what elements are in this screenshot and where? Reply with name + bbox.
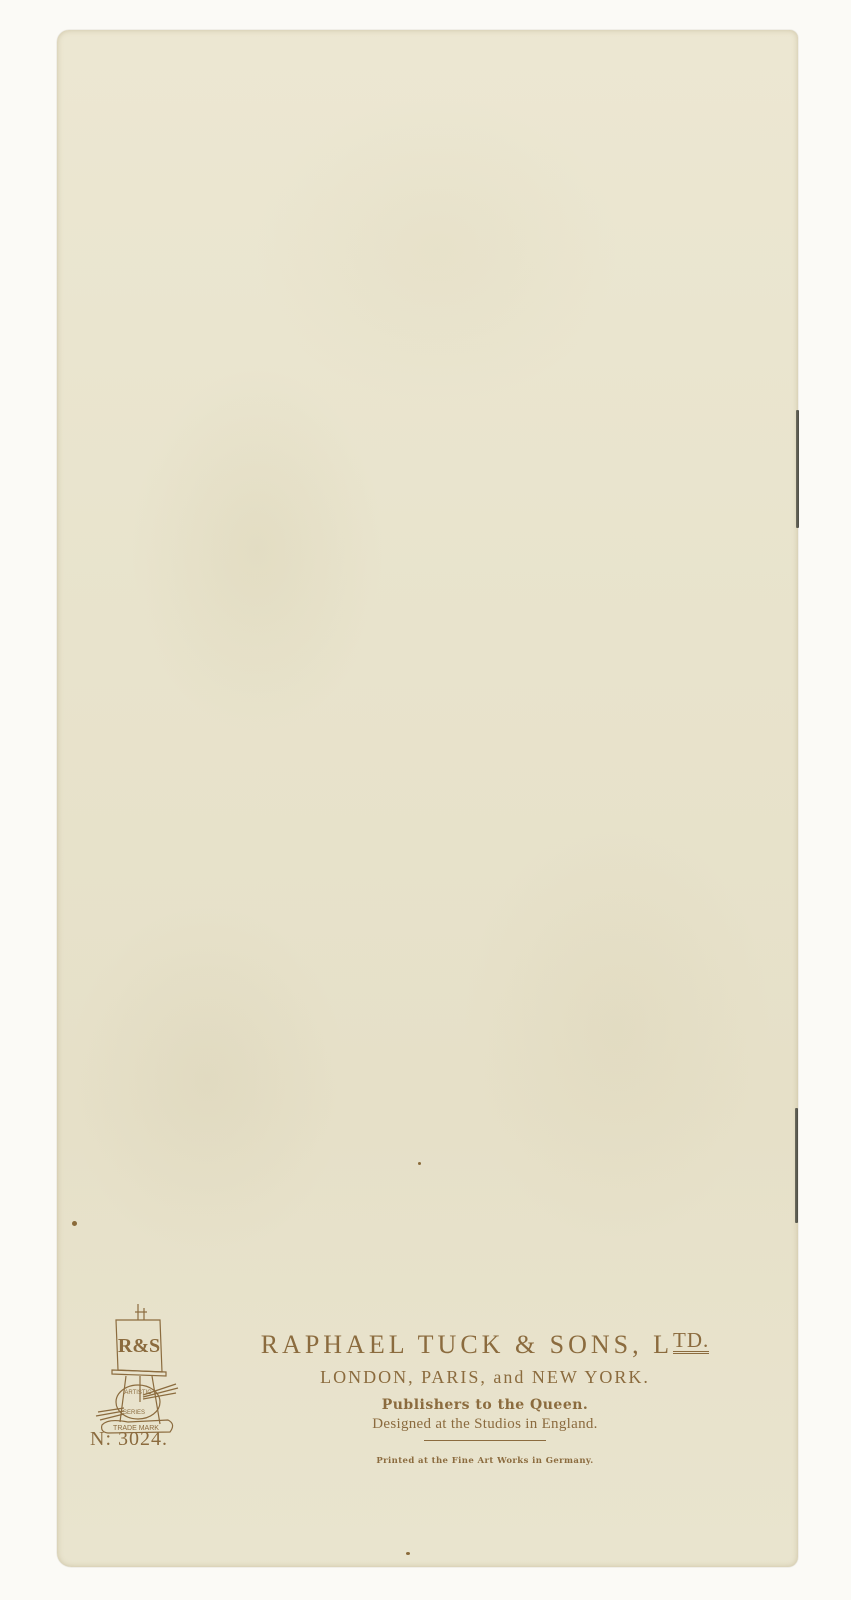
easel-palette-icon: R&S ARTISTIC SERIES TRADE MARK: [88, 1302, 188, 1437]
svg-text:SERIES: SERIES: [123, 1410, 145, 1416]
royal-appointment: Publishers to the Queen.: [250, 1396, 720, 1414]
printed-line: Printed at the Fine Art Works in Germany…: [250, 1455, 720, 1467]
cities-line: LONDON, PARIS, and NEW YORK.: [250, 1366, 720, 1388]
svg-text:ARTISTIC: ARTISTIC: [124, 1390, 152, 1396]
company-name-text: RAPHAEL TUCK & SONS, L: [261, 1330, 673, 1359]
foxing-spot: [406, 1552, 410, 1555]
trademark-logo: R&S ARTISTIC SERIES TRADE MARK: [88, 1302, 188, 1437]
staple-bottom: [795, 1108, 798, 1223]
catalog-number: N: 3024.: [90, 1428, 168, 1451]
foxing-spot: [72, 1221, 77, 1226]
foxing-spot: [418, 1162, 421, 1165]
designed-line: Designed at the Studios in England.: [250, 1414, 720, 1434]
company-name: RAPHAEL TUCK & SONS, LTD.: [250, 1330, 720, 1360]
company-suffix: TD.: [673, 1330, 709, 1354]
svg-text:R&S: R&S: [118, 1335, 160, 1357]
staple-top: [796, 410, 799, 528]
divider-rule: [424, 1440, 546, 1441]
publisher-imprint: RAPHAEL TUCK & SONS, LTD. LONDON, PARIS,…: [250, 1330, 720, 1467]
